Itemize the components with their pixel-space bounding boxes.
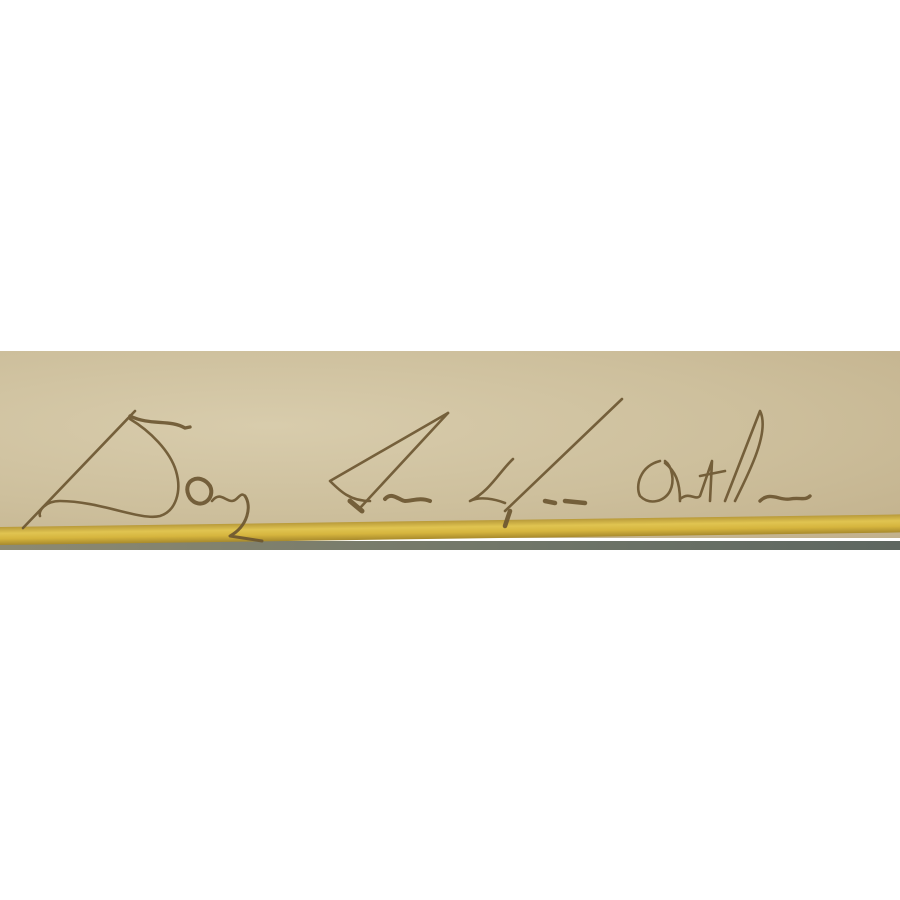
signature-photo [0,351,900,550]
handwritten-signature [0,351,900,550]
